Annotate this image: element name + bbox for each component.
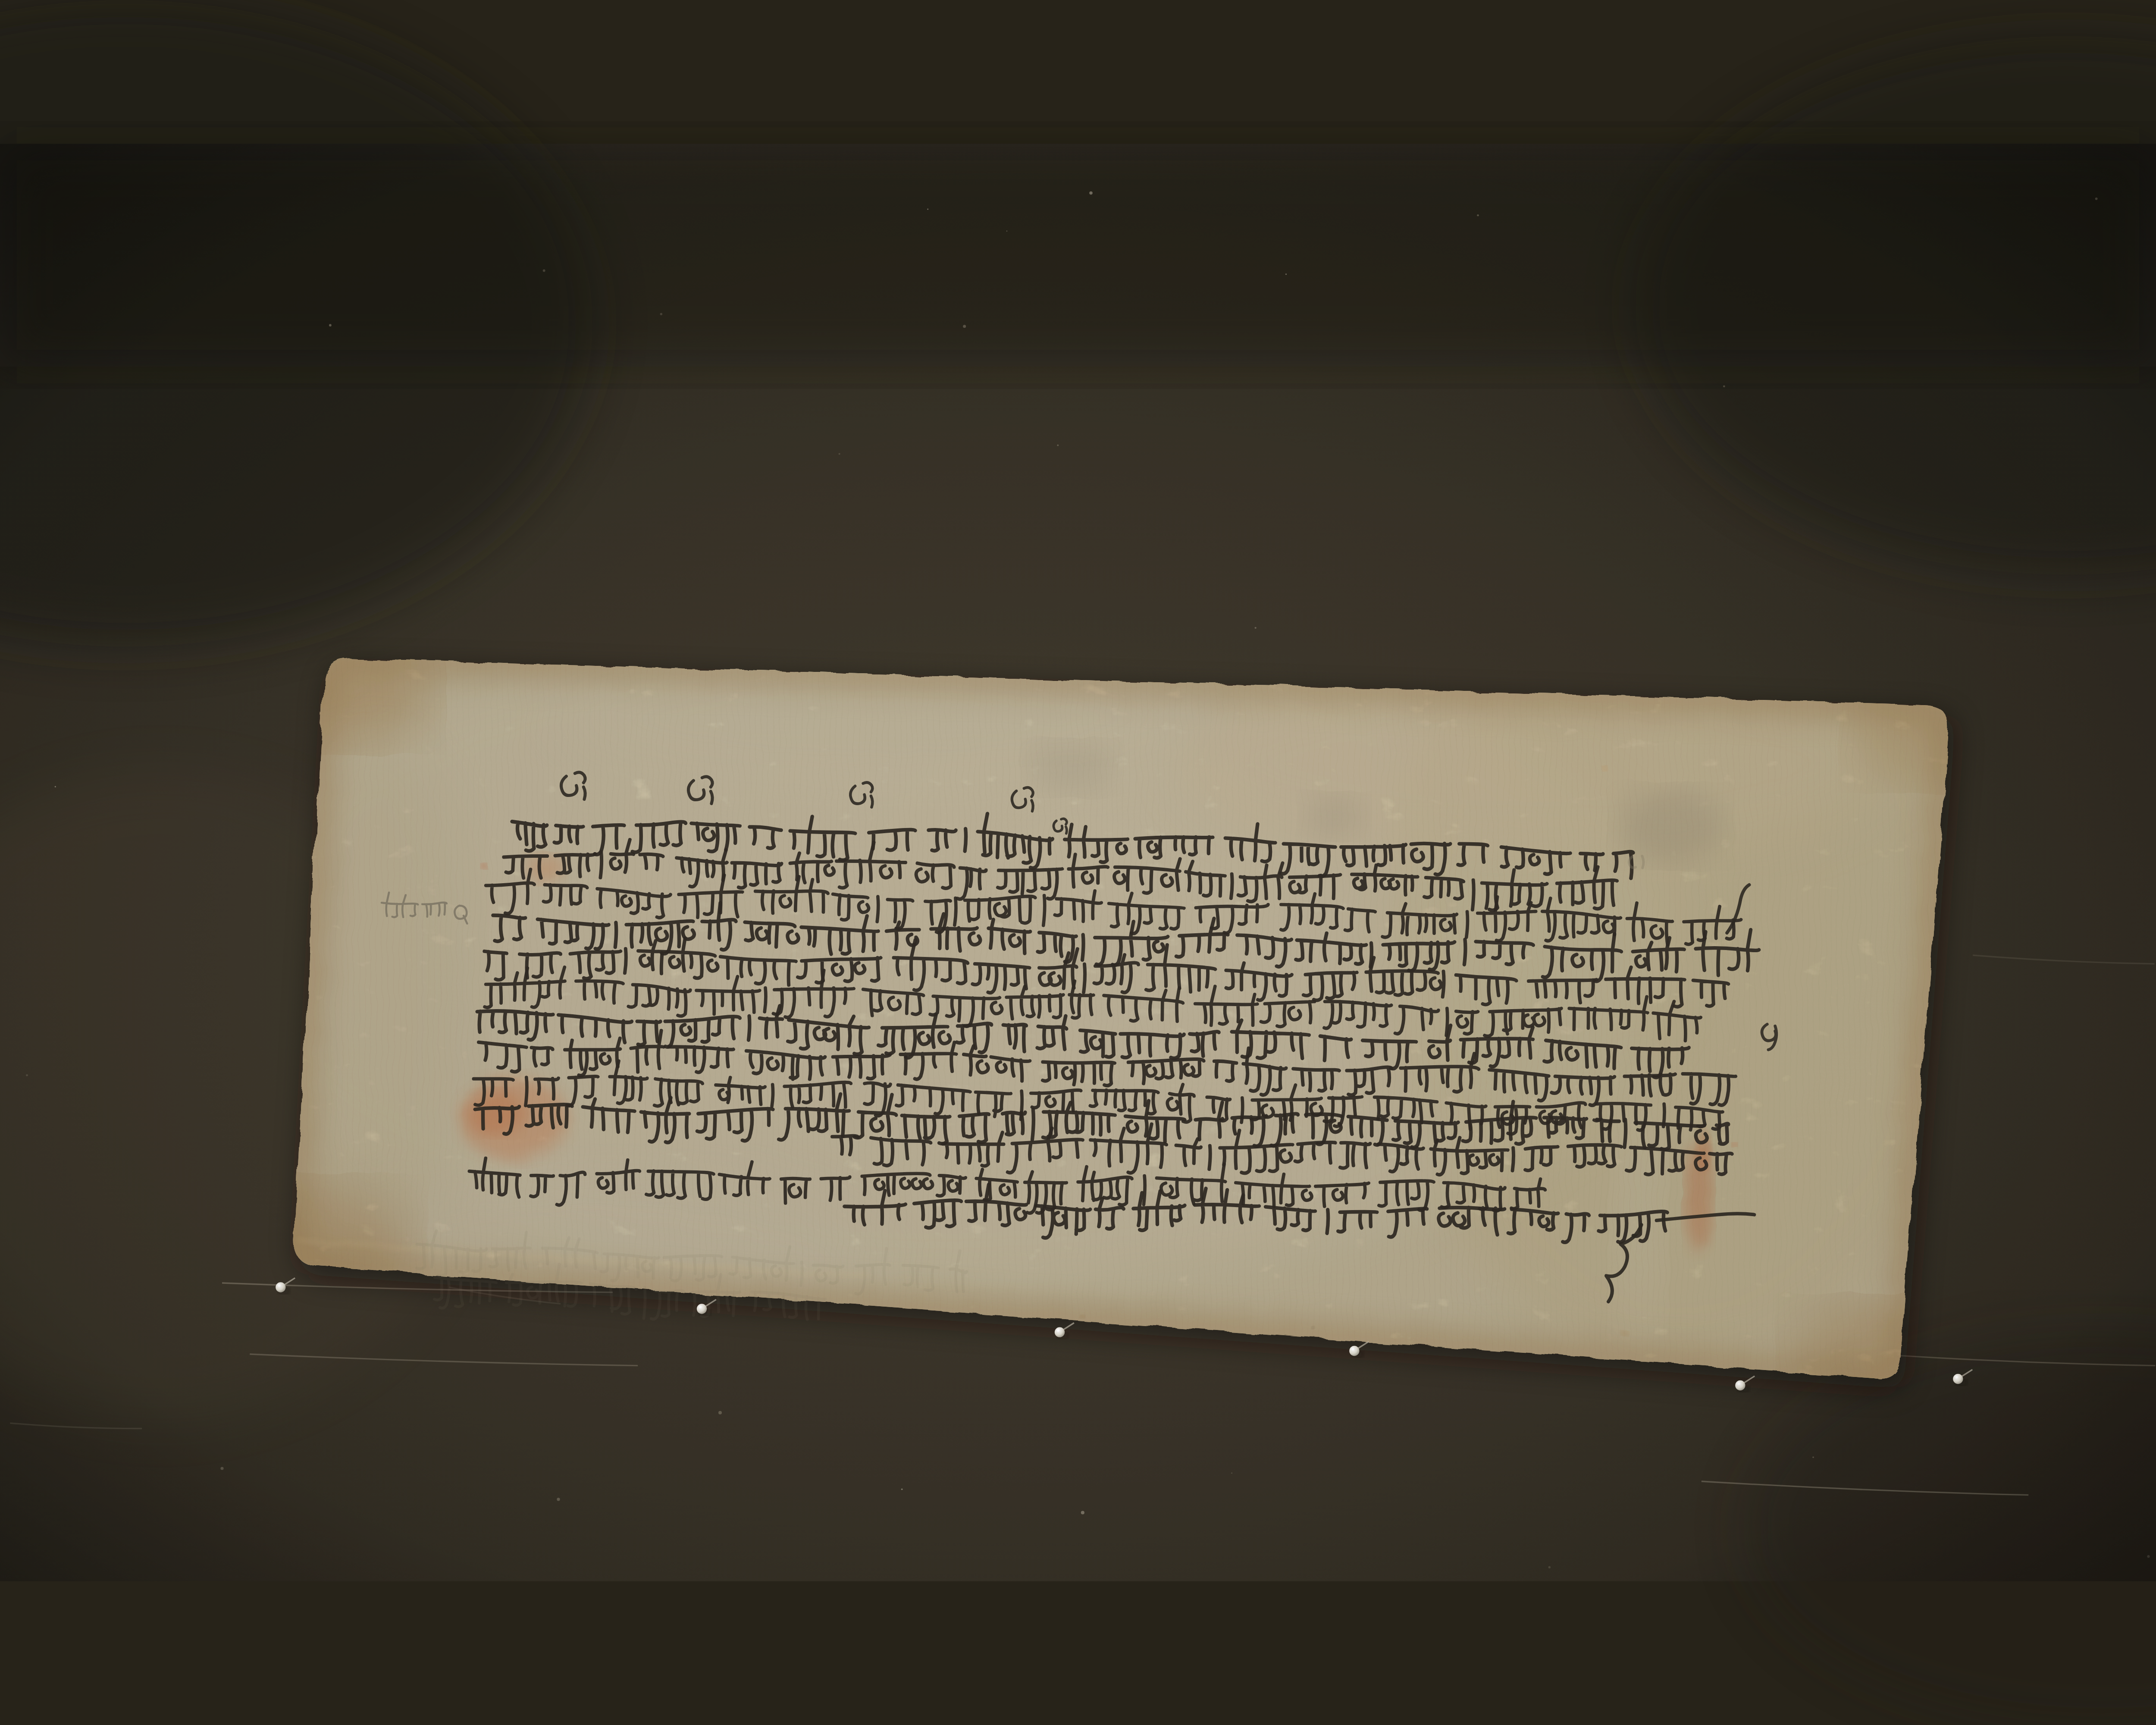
photo-vignette — [0, 144, 2156, 1581]
photograph-canvas — [0, 0, 2156, 1725]
manuscript-photo — [0, 0, 2156, 1725]
